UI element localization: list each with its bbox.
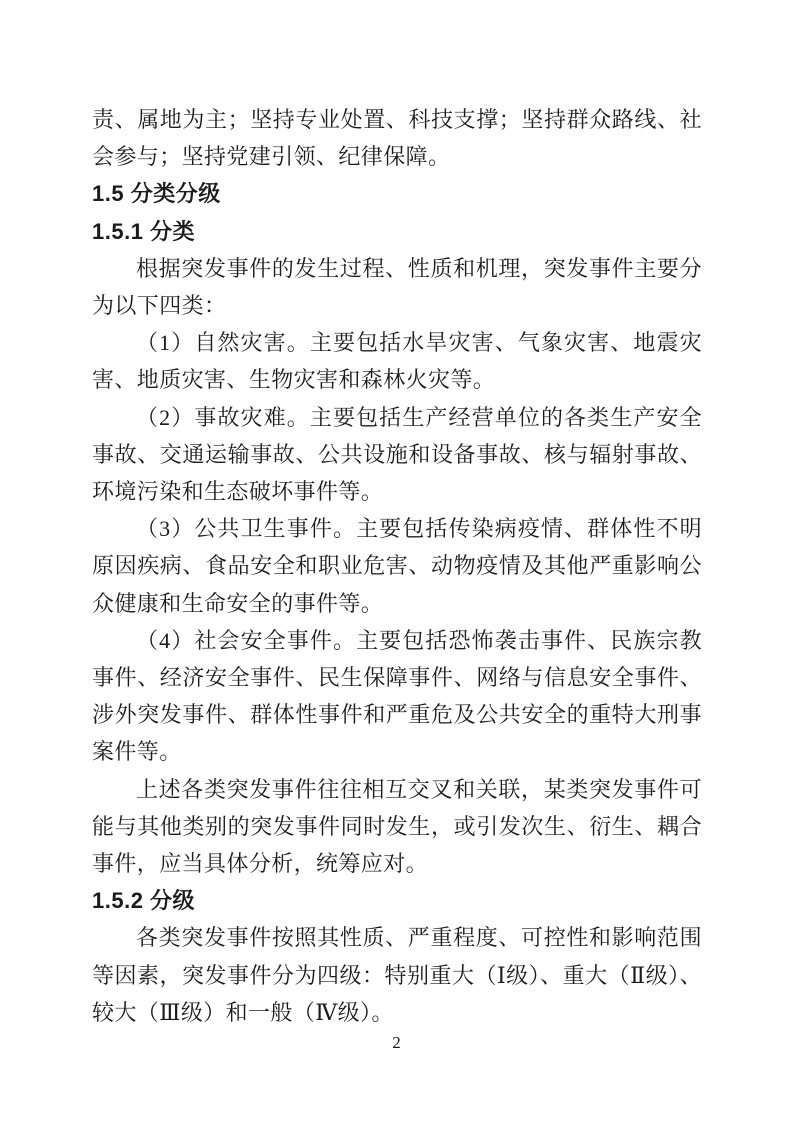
paragraph-item-accident-disasters: （2）事故灾难。主要包括生产经营单位的各类生产安全事故、交通运输事故、公共设施和… — [92, 399, 702, 511]
document-body: 责、属地为主；坚持专业处置、科技支撑；坚持群众路线、社会参与；坚持党建引领、纪律… — [92, 101, 702, 1031]
document-page: 责、属地为主；坚持专业处置、科技支撑；坚持群众路线、社会参与；坚持党建引领、纪律… — [0, 0, 793, 1122]
paragraph-item-social-security-events: （4）社会安全事件。主要包括恐怖袭击事件、民族宗教事件、经济安全事件、民生保障事… — [92, 622, 702, 771]
paragraph-principles-continuation: 责、属地为主；坚持专业处置、科技支撑；坚持群众路线、社会参与；坚持党建引领、纪律… — [92, 101, 702, 175]
paragraph-item-natural-disasters: （1）自然灾害。主要包括水旱灾害、气象灾害、地震灾害、地质灾害、生物灾害和森林火… — [92, 324, 702, 398]
heading-1-5-2-grading: 1.5.2 分级 — [92, 882, 702, 919]
paragraph-grading-levels: 各类突发事件按照其性质、严重程度、可控性和影响范围等因素，突发事件分为四级：特别… — [92, 919, 702, 1031]
heading-1-5-1-classification: 1.5.1 分类 — [92, 213, 702, 250]
paragraph-cross-linkage-note: 上述各类突发事件往往相互交叉和关联，某类突发事件可能与其他类别的突发事件同时发生… — [92, 771, 702, 883]
heading-1-5-classification-grading: 1.5 分类分级 — [92, 175, 702, 212]
page-number: 2 — [0, 1031, 793, 1055]
paragraph-item-public-health-events: （3）公共卫生事件。主要包括传染病疫情、群体性不明原因疾病、食品安全和职业危害、… — [92, 510, 702, 622]
paragraph-classification-intro: 根据突发事件的发生过程、性质和机理，突发事件主要分为以下四类： — [92, 250, 702, 324]
